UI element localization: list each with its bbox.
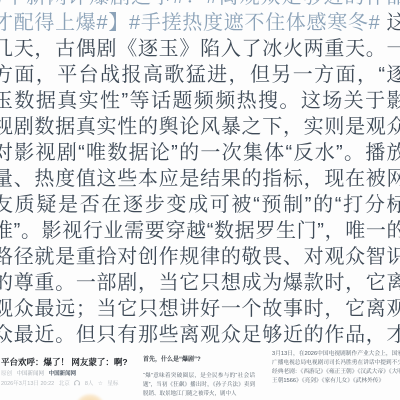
article-body-text: 这几天，古偶剧《逐玉》陷入了冰火两重天。一方面，平台战报高歌猛进，但另一方面，“…	[0, 12, 400, 372]
article-excerpt: #中新网评爆剧之争#：#离观众足够近的作品才配得上爆#】#手搓热度遮不住体感寒冬…	[0, 0, 400, 374]
article-page-preview: 平台欢呼：爆了！ 网友蒙了：啊? 原创 中国新闻网 中国新闻网 2026年3月1…	[0, 348, 400, 400]
author-name[interactable]: 中国新闻网	[17, 371, 45, 377]
article-screenshot: #中新网评爆剧之争#：#离观众足够近的作品才配得上爆#】#手搓热度遮不住体感寒冬…	[0, 0, 400, 400]
headphones-icon[interactable]	[74, 381, 82, 387]
article-header-block: 平台欢呼：爆了！ 网友蒙了：啊? 原创 中国新闻网 中国新闻网 2026年3月1…	[1, 357, 137, 387]
star-icon[interactable]: ☆	[98, 381, 103, 387]
account-name[interactable]: 中国新闻网	[49, 371, 77, 377]
publish-datetime: 2026年3月13日 20:22	[1, 381, 54, 387]
listener-count[interactable]: 8人	[85, 381, 94, 387]
sidebar-paragraph: 3月13日，在2026中国电视剧制作产业大会上，国家广播电视总局电视剧司司长冯胜…	[272, 350, 400, 386]
publish-location: 北京	[59, 381, 70, 387]
byline: 原创 中国新闻网 中国新闻网	[1, 371, 137, 377]
star-label[interactable]: 星标	[107, 381, 118, 387]
original-badge: 原创	[1, 371, 12, 377]
section-heading: 首先，什么是“爆剧”?	[143, 354, 255, 363]
section-paragraph: “爆”意味着突破圈层，是全民参与的“社会话题”，当初《狂飙》播出时，《孙子兵法》…	[143, 372, 255, 399]
meta-row: 2026年3月13日 20:22 北京 8人 ☆ 星标	[1, 380, 137, 387]
page-title: 平台欢呼：爆了！ 网友蒙了：啊?	[1, 357, 137, 367]
hashtag-link[interactable]: #中新网评爆剧之争#：#离观众足够近的作品才配得上爆#】#手搓热度遮不住体感寒冬…	[0, 0, 400, 34]
section-column: 首先，什么是“爆剧”? “爆”意味着突破圈层，是全民参与的“社会话题”，当初《狂…	[143, 354, 255, 399]
sidebar-column: 3月13日，在2026中国电视剧制作产业大会上，国家广播电视总局电视剧司司长冯胜…	[272, 350, 400, 386]
